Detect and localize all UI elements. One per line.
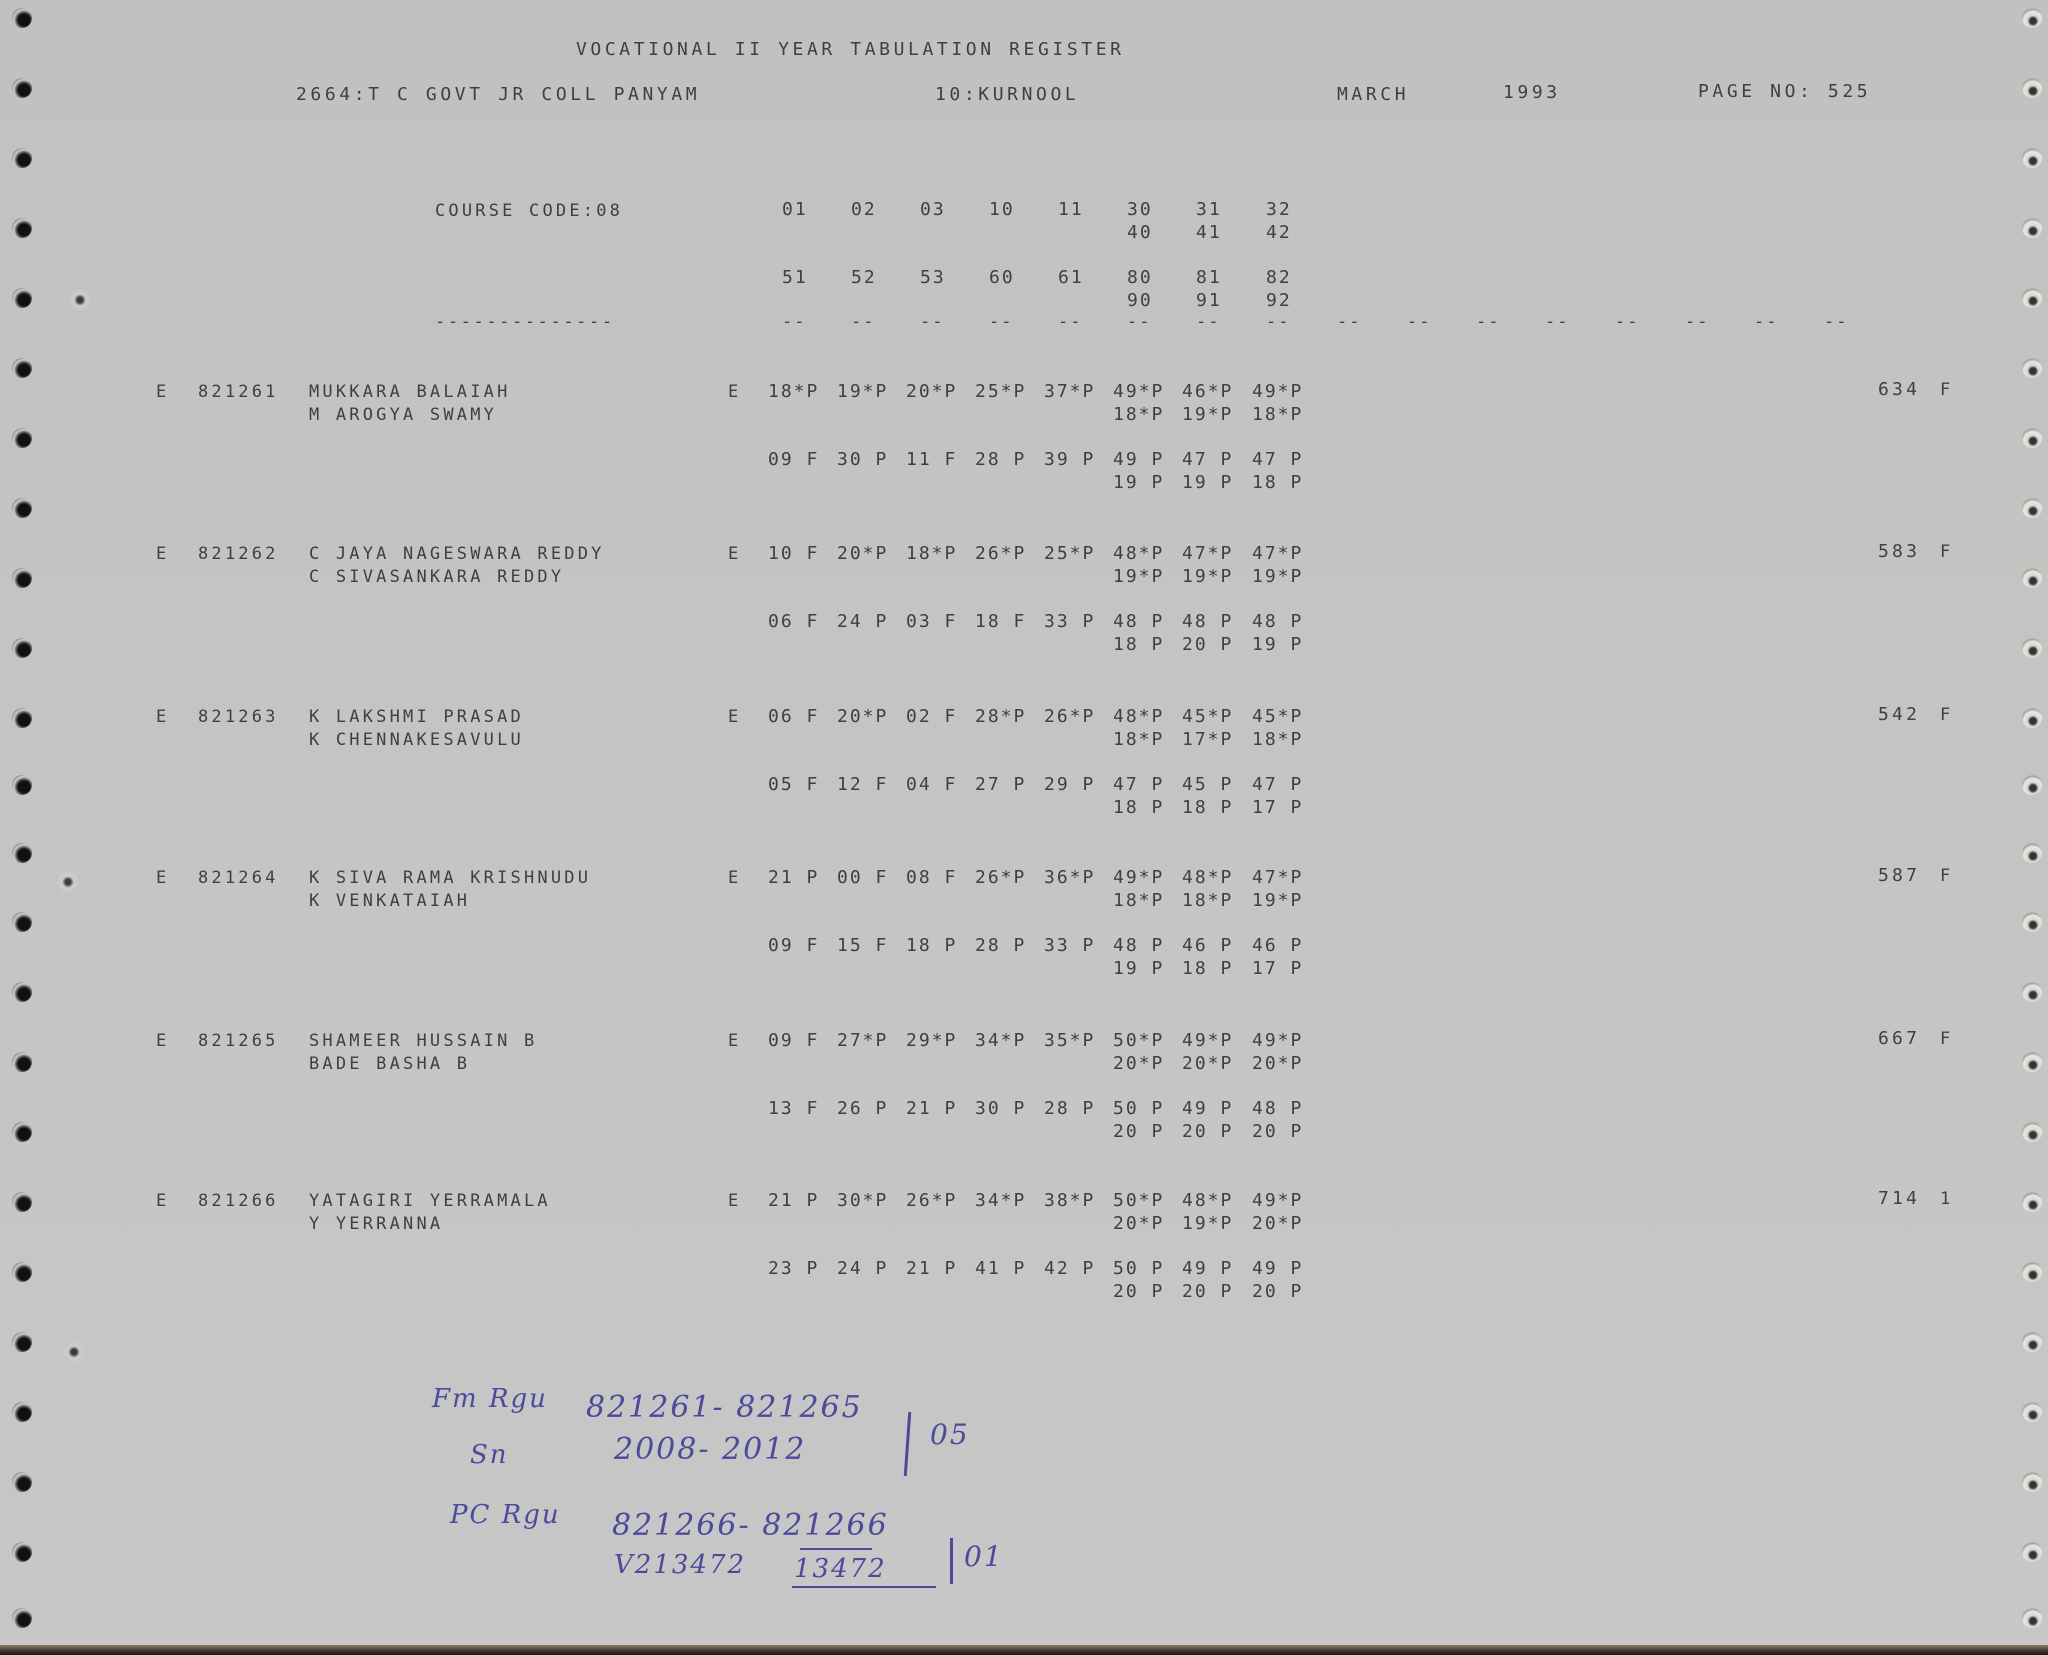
feed-hole-icon (2022, 1472, 2042, 1492)
subject-code: 91 (1196, 291, 1256, 311)
mark: 19*P (1182, 1214, 1242, 1234)
hand-underline (792, 1586, 936, 1588)
column-separator: -- (1545, 312, 1569, 332)
mark: 24 P (837, 1259, 897, 1279)
feed-hole-icon (2022, 843, 2042, 863)
mark: 49 P (1182, 1259, 1242, 1279)
father-name: K VENKATAIAH (309, 891, 470, 911)
column-separator: -- (1685, 312, 1709, 332)
mark: 03 F (906, 612, 966, 632)
column-separator: -- (1754, 312, 1778, 332)
mark: 20*P (1113, 1054, 1173, 1074)
mark: 33 P (1044, 612, 1104, 632)
column-separator: -- (1058, 312, 1082, 332)
mark: 19*P (1182, 405, 1242, 425)
total-marks: 714 (1878, 1189, 1920, 1209)
mark: 45*P (1252, 707, 1312, 727)
mark: 17 P (1252, 959, 1312, 979)
father-name: Y YERRANNA (309, 1214, 443, 1234)
mark: 49 P (1182, 1099, 1242, 1119)
mark: 18 P (1182, 959, 1242, 979)
feed-hole-icon (2022, 288, 2042, 308)
mark: 04 F (906, 775, 966, 795)
mark: 10 F (768, 544, 828, 564)
subject-code: 92 (1266, 291, 1326, 311)
mark: 06 F (768, 707, 828, 727)
feed-hole-icon (2022, 78, 2042, 98)
student-name: YATAGIRI YERRAMALA (309, 1191, 551, 1211)
mark: 48 P (1252, 612, 1312, 632)
total-marks: 587 (1878, 866, 1920, 886)
register-title: VOCATIONAL II YEAR TABULATION REGISTER (576, 40, 1125, 60)
result-status: F (1940, 705, 1953, 725)
medium-code: E (156, 544, 169, 564)
medium-code: E (156, 868, 169, 888)
feed-hole-icon (2022, 358, 2042, 378)
column-separator: -- (920, 312, 944, 332)
feed-hole-icon (12, 1402, 32, 1422)
mark: 18*P (768, 382, 828, 402)
total-marks: 667 (1878, 1029, 1920, 1049)
mark: 26*P (906, 1191, 966, 1211)
father-name: M AROGYA SWAMY (309, 405, 497, 425)
mark: 20*P (1182, 1054, 1242, 1074)
father-name: C SIVASANKARA REDDY (309, 567, 564, 587)
hand-label-sn: Sn (470, 1440, 509, 1470)
column-separator: -- (1476, 312, 1500, 332)
feed-hole-icon (2022, 218, 2042, 238)
column-separator: -- (1266, 312, 1290, 332)
student-record: E 821261 MUKKARA BALAIAH M AROGYA SWAMY … (0, 382, 2048, 502)
feed-hole-icon (12, 1542, 32, 1562)
subject-code: 03 (920, 200, 980, 220)
mark: 25*P (1044, 544, 1104, 564)
mark: 48 P (1182, 612, 1242, 632)
mark: 20*P (1113, 1214, 1173, 1234)
page-number: PAGE NO: 525 (1698, 82, 1871, 102)
mark: 29*P (906, 1031, 966, 1051)
mark: 36*P (1044, 868, 1104, 888)
mark: 30 P (837, 450, 897, 470)
mark: 28 P (975, 936, 1035, 956)
medium-code: E (156, 707, 169, 727)
mark: 49*P (1113, 868, 1173, 888)
feed-hole-icon (2022, 8, 2042, 28)
mark: 20*P (906, 382, 966, 402)
subject-code: 31 (1196, 200, 1256, 220)
mark: 37*P (1044, 382, 1104, 402)
language-code: E (728, 1191, 741, 1211)
register-number: 821262 (198, 544, 279, 564)
student-record: E 821264 K SIVA RAMA KRISHNUDU K VENKATA… (0, 868, 2048, 988)
feed-hole-icon (12, 148, 32, 168)
student-record: E 821262 C JAYA NAGESWARA REDDY C SIVASA… (0, 544, 2048, 664)
subject-code: 10 (989, 200, 1049, 220)
course-code-label: COURSE CODE:08 (435, 201, 623, 221)
hand-range-2: 2008- 2012 (614, 1432, 806, 1467)
mark: 18*P (1182, 891, 1242, 911)
column-separator: -- (1127, 312, 1151, 332)
mark: 50*P (1113, 1191, 1173, 1211)
mark: 49*P (1182, 1031, 1242, 1051)
medium-code: E (156, 382, 169, 402)
mark: 47 P (1252, 450, 1312, 470)
column-separator: -- (1615, 312, 1639, 332)
subject-code: 42 (1266, 223, 1326, 243)
paper-speck (62, 1340, 86, 1364)
result-status: F (1940, 1029, 1953, 1049)
mark: 48 P (1113, 612, 1173, 632)
result-status: 1 (1940, 1189, 1953, 1209)
feed-hole-icon (2022, 1332, 2042, 1352)
mark: 19 P (1182, 473, 1242, 493)
mark: 12 F (837, 775, 897, 795)
mark: 19 P (1113, 959, 1173, 979)
mark: 39 P (1044, 450, 1104, 470)
mark: 18 F (975, 612, 1035, 632)
hand-ref-right: 13472 (794, 1554, 887, 1584)
mark: 18*P (1113, 730, 1173, 750)
hand-range-3: 821266- 821266 (612, 1508, 889, 1543)
mark: 45*P (1182, 707, 1242, 727)
father-name: BADE BASHA B (309, 1054, 470, 1074)
mark: 18*P (1252, 730, 1312, 750)
exam-month: MARCH (1337, 85, 1409, 105)
mark: 17*P (1182, 730, 1242, 750)
hand-label-fm: Fm Rgu (432, 1384, 548, 1414)
mark: 09 F (768, 936, 828, 956)
mark: 20 P (1252, 1282, 1312, 1302)
student-name: C JAYA NAGESWARA REDDY (309, 544, 605, 564)
mark: 18*P (906, 544, 966, 564)
mark: 25*P (975, 382, 1035, 402)
total-marks: 542 (1878, 705, 1920, 725)
mark: 28 P (1044, 1099, 1104, 1119)
mark: 49 P (1252, 1259, 1312, 1279)
feed-hole-icon (12, 358, 32, 378)
mark: 20 P (1182, 1122, 1242, 1142)
mark: 48*P (1182, 1191, 1242, 1211)
subject-code: 32 (1266, 200, 1326, 220)
mark: 46 P (1182, 936, 1242, 956)
mark: 02 F (906, 707, 966, 727)
total-marks: 634 (1878, 380, 1920, 400)
feed-hole-icon (12, 1472, 32, 1492)
district-name: 10:KURNOOL (935, 85, 1079, 105)
mark: 23 P (768, 1259, 828, 1279)
total-marks: 583 (1878, 542, 1920, 562)
subject-code: 30 (1127, 200, 1187, 220)
mark: 34*P (975, 1191, 1035, 1211)
feed-hole-icon (2022, 1608, 2042, 1628)
mark: 19*P (837, 382, 897, 402)
feed-hole-icon (12, 288, 32, 308)
register-number: 821266 (198, 1191, 279, 1211)
student-record: E 821266 YATAGIRI YERRAMALA Y YERRANNA E… (0, 1191, 2048, 1311)
mark: 20*P (1252, 1054, 1312, 1074)
hand-underline (800, 1548, 872, 1550)
mark: 48*P (1113, 544, 1173, 564)
column-separator: -- (1407, 312, 1431, 332)
mark: 21 P (906, 1259, 966, 1279)
father-name: K CHENNAKESAVULU (309, 730, 524, 750)
hand-count-1: 05 (930, 1418, 970, 1451)
mark: 47 P (1252, 775, 1312, 795)
language-code: E (728, 868, 741, 888)
mark: 26*P (975, 544, 1035, 564)
mark: 24 P (837, 612, 897, 632)
college-name: 2664:T C GOVT JR COLL PANYAM (296, 85, 700, 105)
hand-divider (904, 1412, 911, 1476)
mark: 17 P (1252, 798, 1312, 818)
register-number: 821265 (198, 1031, 279, 1051)
mark: 26 P (837, 1099, 897, 1119)
language-code: E (728, 544, 741, 564)
result-status: F (1940, 542, 1953, 562)
mark: 21 P (768, 1191, 828, 1211)
mark: 47*P (1252, 868, 1312, 888)
mark: 20 P (1182, 635, 1242, 655)
subject-code: 01 (782, 200, 842, 220)
mark: 19*P (1113, 567, 1173, 587)
hand-count-2: 01 (964, 1540, 1004, 1573)
mark: 48*P (1113, 707, 1173, 727)
mark: 33 P (1044, 936, 1104, 956)
mark: 20 P (1182, 1282, 1242, 1302)
mark: 46 P (1252, 936, 1312, 956)
mark: 20 P (1113, 1282, 1173, 1302)
mark: 29 P (1044, 775, 1104, 795)
hand-range-1: 821261- 821265 (586, 1390, 863, 1425)
mark: 20*P (1252, 1214, 1312, 1234)
mark: 50*P (1113, 1031, 1173, 1051)
mark: 47 P (1113, 775, 1173, 795)
student-name: K LAKSHMI PRASAD (309, 707, 524, 727)
register-number: 821261 (198, 382, 279, 402)
mark: 47*P (1252, 544, 1312, 564)
paper-bottom-edge (0, 1645, 2048, 1655)
medium-code: E (156, 1191, 169, 1211)
feed-hole-icon (2022, 148, 2042, 168)
medium-code: E (156, 1031, 169, 1051)
subject-code: 11 (1058, 200, 1118, 220)
subject-code: 90 (1127, 291, 1187, 311)
column-separator: -- (782, 312, 806, 332)
subject-code: 51 (782, 268, 842, 288)
mark: 35*P (1044, 1031, 1104, 1051)
mark: 00 F (837, 868, 897, 888)
feed-hole-icon (12, 218, 32, 238)
subject-code: 80 (1127, 268, 1187, 288)
hand-label-pc: PC Rgu (450, 1500, 561, 1530)
subject-code: 40 (1127, 223, 1187, 243)
mark: 18*P (1113, 891, 1173, 911)
exam-year: 1993 (1503, 83, 1561, 103)
mark: 08 F (906, 868, 966, 888)
mark: 27 P (975, 775, 1035, 795)
mark: 49*P (1252, 382, 1312, 402)
result-status: F (1940, 380, 1953, 400)
register-number: 821263 (198, 707, 279, 727)
hand-ref-left: V213472 (614, 1550, 746, 1580)
course-underline: -------------- (435, 312, 615, 332)
mark: 21 P (906, 1099, 966, 1119)
mark: 20*P (837, 544, 897, 564)
mark: 45 P (1182, 775, 1242, 795)
subject-code: 61 (1058, 268, 1118, 288)
subject-code: 52 (851, 268, 911, 288)
mark: 06 F (768, 612, 828, 632)
mark: 26*P (1044, 707, 1104, 727)
subject-code: 60 (989, 268, 1049, 288)
mark: 50 P (1113, 1099, 1173, 1119)
mark: 28 P (975, 450, 1035, 470)
mark: 49*P (1252, 1031, 1312, 1051)
column-separator: -- (1196, 312, 1220, 332)
mark: 15 F (837, 936, 897, 956)
mark: 20 P (1252, 1122, 1312, 1142)
mark: 05 F (768, 775, 828, 795)
column-separator: -- (989, 312, 1013, 332)
mark: 21 P (768, 868, 828, 888)
feed-hole-icon (12, 1332, 32, 1352)
feed-hole-icon (12, 843, 32, 863)
paper-speck (68, 288, 92, 312)
mark: 42 P (1044, 1259, 1104, 1279)
left-tractor-holes (6, 0, 46, 1655)
feed-hole-icon (2022, 1542, 2042, 1562)
result-status: F (1940, 866, 1953, 886)
mark: 13 F (768, 1099, 828, 1119)
mark: 09 F (768, 450, 828, 470)
subject-code: 02 (851, 200, 911, 220)
mark: 47*P (1182, 544, 1242, 564)
feed-hole-icon (12, 78, 32, 98)
mark: 19*P (1252, 891, 1312, 911)
mark: 38*P (1044, 1191, 1104, 1211)
mark: 19*P (1182, 567, 1242, 587)
tabulation-register-sheet: VOCATIONAL II YEAR TABULATION REGISTER 2… (0, 0, 2048, 1645)
mark: 18 P (1113, 798, 1173, 818)
student-name: MUKKARA BALAIAH (309, 382, 511, 402)
mark: 41 P (975, 1259, 1035, 1279)
mark: 30 P (975, 1099, 1035, 1119)
mark: 48*P (1182, 868, 1242, 888)
feed-hole-icon (12, 8, 32, 28)
column-separator: -- (1337, 312, 1361, 332)
mark: 28*P (975, 707, 1035, 727)
mark: 49*P (1113, 382, 1173, 402)
language-code: E (728, 707, 741, 727)
mark: 47 P (1182, 450, 1242, 470)
student-name: K SIVA RAMA KRISHNUDU (309, 868, 591, 888)
feed-hole-icon (2022, 1402, 2042, 1422)
language-code: E (728, 1031, 741, 1051)
mark: 48 P (1113, 936, 1173, 956)
student-record: E 821263 K LAKSHMI PRASAD K CHENNAKESAVU… (0, 707, 2048, 827)
column-separator: -- (1824, 312, 1848, 332)
register-number: 821264 (198, 868, 279, 888)
mark: 30*P (837, 1191, 897, 1211)
mark: 19 P (1252, 635, 1312, 655)
mark: 34*P (975, 1031, 1035, 1051)
mark: 50 P (1113, 1259, 1173, 1279)
mark: 18 P (906, 936, 966, 956)
mark: 19 P (1113, 473, 1173, 493)
language-code: E (728, 382, 741, 402)
mark: 20*P (837, 707, 897, 727)
mark: 18*P (1252, 405, 1312, 425)
mark: 18*P (1113, 405, 1173, 425)
student-name: SHAMEER HUSSAIN B (309, 1031, 537, 1051)
mark: 18 P (1182, 798, 1242, 818)
mark: 09 F (768, 1031, 828, 1051)
mark: 48 P (1252, 1099, 1312, 1119)
feed-hole-icon (12, 1608, 32, 1628)
subject-code: 53 (920, 268, 980, 288)
mark: 46*P (1182, 382, 1242, 402)
mark: 11 F (906, 450, 966, 470)
right-tractor-holes (2016, 0, 2048, 1655)
mark: 49 P (1113, 450, 1173, 470)
mark: 27*P (837, 1031, 897, 1051)
mark: 20 P (1113, 1122, 1173, 1142)
mark: 18 P (1252, 473, 1312, 493)
mark: 49*P (1252, 1191, 1312, 1211)
hand-divider (950, 1538, 953, 1584)
subject-code: 81 (1196, 268, 1256, 288)
subject-code: 41 (1196, 223, 1256, 243)
student-record: E 821265 SHAMEER HUSSAIN B BADE BASHA B … (0, 1031, 2048, 1151)
column-separator: -- (851, 312, 875, 332)
mark: 18 P (1113, 635, 1173, 655)
mark: 19*P (1252, 567, 1312, 587)
mark: 26*P (975, 868, 1035, 888)
subject-code: 82 (1266, 268, 1326, 288)
